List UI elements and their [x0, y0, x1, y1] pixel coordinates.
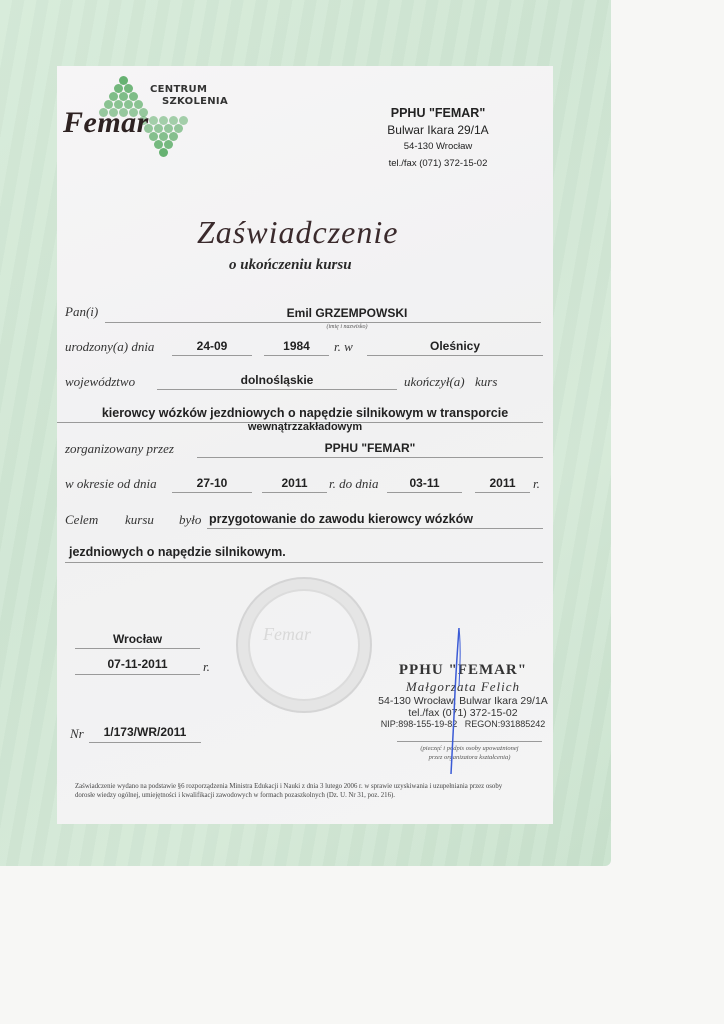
field-goal-line2: jezdniowych o napędzie silnikowym. [69, 545, 286, 559]
field-birth-year: 1984 [264, 339, 329, 353]
label-pan: Pan(i) [65, 304, 98, 320]
company-phone: tel./fax (071) 372-15-02 [370, 158, 506, 169]
field-course-line2: wewnątrzzakładowym [57, 421, 553, 433]
logo-brand: Femar [63, 106, 149, 140]
field-to-day: 03-11 [387, 476, 462, 490]
logo-line2: Szkolenia [162, 96, 228, 107]
handwritten-signature-icon [447, 626, 467, 776]
label-province: województwo [65, 374, 135, 390]
label-goal-3: było [179, 512, 201, 528]
footnote: Zaświadczenie wydano na podstawie §6 roz… [75, 782, 545, 800]
signature-caption-1: (pieczęć i podpis osoby upoważnionej [387, 745, 552, 752]
issue-r-label: r. [203, 659, 210, 675]
embossed-seal-icon: Femar [236, 577, 372, 713]
field-to-year: 2011 [475, 476, 530, 490]
label-kurs: kurs [475, 374, 497, 390]
label-period: w okresie od dnia [65, 476, 157, 492]
label-completed: ukończył(a) [404, 374, 465, 390]
footnote-line1: Zaświadczenie wydano na podstawie §6 roz… [75, 782, 545, 791]
issue-date: 07-11-2011 [75, 657, 200, 671]
company-street: Bulwar Ikara 29/1A [370, 123, 506, 137]
label-goal-1: Celem [65, 512, 98, 528]
name-caption: (imię i nazwisko) [257, 324, 437, 330]
field-organizer: PPHU "FEMAR" [197, 441, 543, 455]
document-title: Zaświadczenie [197, 214, 398, 251]
field-birth-day: 24-09 [172, 339, 252, 353]
label-r: r. [533, 476, 540, 492]
company-header: PPHU "FEMAR" Bulwar Ikara 29/1A 54-130 W… [370, 106, 506, 169]
issue-place: Wrocław [75, 632, 200, 646]
nr-label: Nr [70, 726, 84, 742]
field-province: dolnośląskie [157, 373, 397, 387]
logo-line1: Centrum [150, 84, 207, 95]
field-course-line1: kierowcy wózków jezdniowych o napędzie s… [57, 406, 553, 420]
company-name: PPHU "FEMAR" [370, 106, 506, 120]
field-birth-place: Oleśnicy [367, 339, 543, 353]
label-organized: zorganizowany przez [65, 441, 174, 457]
field-goal-line1: przygotowanie do zawodu kierowcy wózków [209, 512, 473, 526]
label-goal-2: kursu [125, 512, 154, 528]
signature-caption-2: przez organizatora kształcenia) [387, 754, 552, 761]
label-rw: r. w [334, 339, 353, 355]
label-born: urodzony(a) dnia [65, 339, 154, 355]
field-from-year: 2011 [262, 476, 327, 490]
company-city: 54-130 Wrocław [370, 141, 506, 152]
certificate-number: 1/173/WR/2011 [89, 725, 201, 739]
logo: Femar Centrum Szkolenia [57, 66, 257, 161]
field-from-day: 27-10 [172, 476, 252, 490]
label-to: r. do dnia [329, 476, 378, 492]
document-subtitle: o ukończeniu kursu [229, 257, 352, 274]
footnote-line2: dorosłe wiedzy ogólnej, umiejętności i k… [75, 791, 545, 800]
field-name: Emil GRZEMPOWSKI [157, 306, 537, 320]
seal-center: Femar [263, 624, 311, 645]
